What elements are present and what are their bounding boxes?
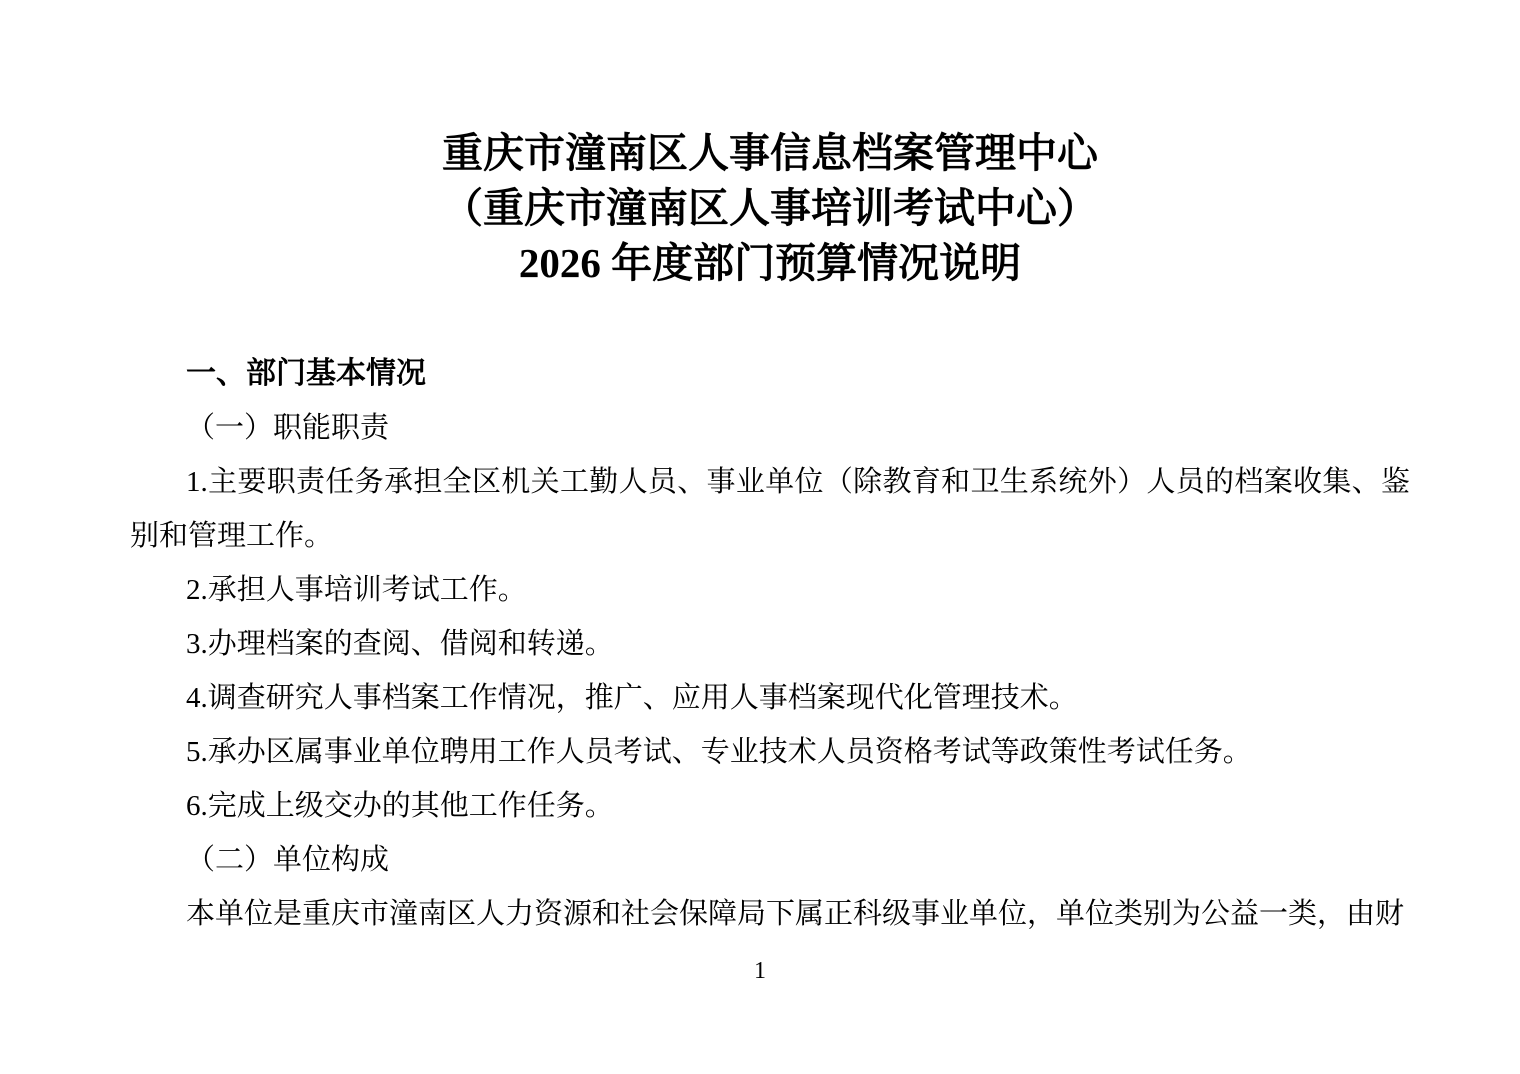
duty-item-6: 6.完成上级交办的其他工作任务。 <box>130 779 1410 833</box>
title-line-1: 重庆市潼南区人事信息档案管理中心 <box>130 126 1410 181</box>
duty-item-3: 3.办理档案的查阅、借阅和转递。 <box>130 617 1410 671</box>
duty-item-4: 4.调查研究人事档案工作情况，推广、应用人事档案现代化管理技术。 <box>130 671 1410 725</box>
page-number: 1 <box>0 956 1520 986</box>
document-title: 重庆市潼南区人事信息档案管理中心 （重庆市潼南区人事培训考试中心） 2026 年… <box>130 126 1410 291</box>
section-heading-basic-info: 一、部门基本情况 <box>130 347 1410 401</box>
document-content: 重庆市潼南区人事信息档案管理中心 （重庆市潼南区人事培训考试中心） 2026 年… <box>130 0 1410 941</box>
subsection-heading-duties: （一）职能职责 <box>130 401 1410 455</box>
subsection-heading-unit-composition: （二）单位构成 <box>130 833 1410 887</box>
document-page: 重庆市潼南区人事信息档案管理中心 （重庆市潼南区人事培训考试中心） 2026 年… <box>0 0 1520 1074</box>
duty-item-2: 2.承担人事培训考试工作。 <box>130 563 1410 617</box>
title-line-2: （重庆市潼南区人事培训考试中心） <box>130 181 1410 236</box>
duty-item-1: 1.主要职责任务承担全区机关工勤人员、事业单位（除教育和卫生系统外）人员的档案收… <box>130 455 1410 563</box>
duty-item-5: 5.承办区属事业单位聘用工作人员考试、专业技术人员资格考试等政策性考试任务。 <box>130 725 1410 779</box>
unit-composition-paragraph: 本单位是重庆市潼南区人力资源和社会保障局下属正科级事业单位，单位类别为公益一类，… <box>130 887 1410 941</box>
title-line-3: 2026 年度部门预算情况说明 <box>130 236 1410 291</box>
